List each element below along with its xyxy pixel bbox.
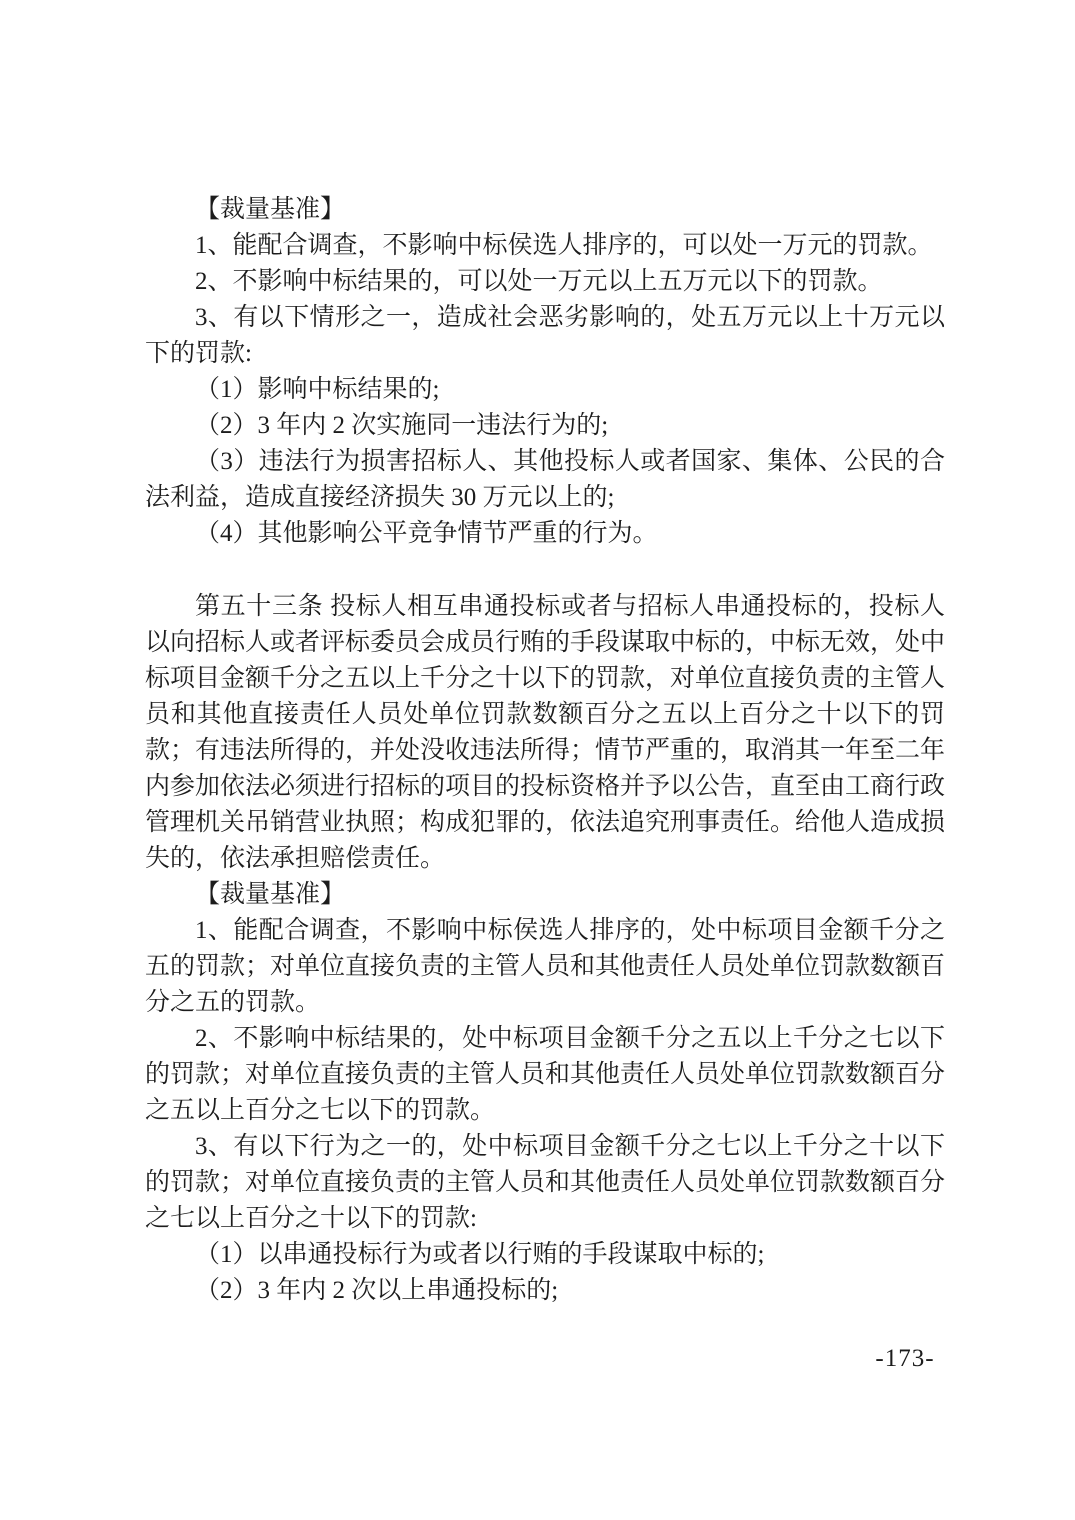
- benchmark-item: 2、不影响中标结果的，可以处一万元以上五万元以下的罚款。: [145, 264, 945, 300]
- benchmark-item: 3、有以下情形之一，造成社会恶劣影响的，处五万元以上十万元以下的罚款:: [145, 300, 945, 372]
- benchmark-subitem: （2）3 年内 2 次实施同一违法行为的;: [145, 408, 945, 444]
- document-body: 【裁量基准】 1、能配合调查，不影响中标侯选人排序的，可以处一万元的罚款。 2、…: [145, 192, 945, 1309]
- benchmark-item: 2、不影响中标结果的，处中标项目金额千分之五以上千分之七以下的罚款；对单位直接负…: [145, 1021, 945, 1129]
- article-53-paragraph: 第五十三条 投标人相互串通投标或者与招标人串通投标的，投标人以向招标人或者评标委…: [145, 589, 945, 877]
- page-number: -173-: [855, 1345, 955, 1373]
- benchmark-item: 1、能配合调查，不影响中标侯选人排序的，可以处一万元的罚款。: [145, 228, 945, 264]
- benchmark-subitem: （2）3 年内 2 次以上串通投标的;: [145, 1273, 945, 1309]
- document-page: 【裁量基准】 1、能配合调查，不影响中标侯选人排序的，可以处一万元的罚款。 2、…: [0, 0, 1075, 1520]
- benchmark-item: 1、能配合调查，不影响中标侯选人排序的，处中标项目金额千分之五的罚款；对单位直接…: [145, 913, 945, 1021]
- benchmark-subitem: （3）违法行为损害招标人、其他投标人或者国家、集体、公民的合法利益，造成直接经济…: [145, 444, 945, 516]
- benchmark-item: 3、有以下行为之一的，处中标项目金额千分之七以上千分之十以下的罚款；对单位直接负…: [145, 1129, 945, 1237]
- benchmark-subitem: （4）其他影响公平竞争情节严重的行为。: [145, 516, 945, 552]
- discretion-benchmark-heading: 【裁量基准】: [145, 877, 945, 913]
- benchmark-subitem: （1）影响中标结果的;: [145, 372, 945, 408]
- discretion-benchmark-heading: 【裁量基准】: [145, 192, 945, 228]
- benchmark-subitem: （1）以串通投标行为或者以行贿的手段谋取中标的;: [145, 1237, 945, 1273]
